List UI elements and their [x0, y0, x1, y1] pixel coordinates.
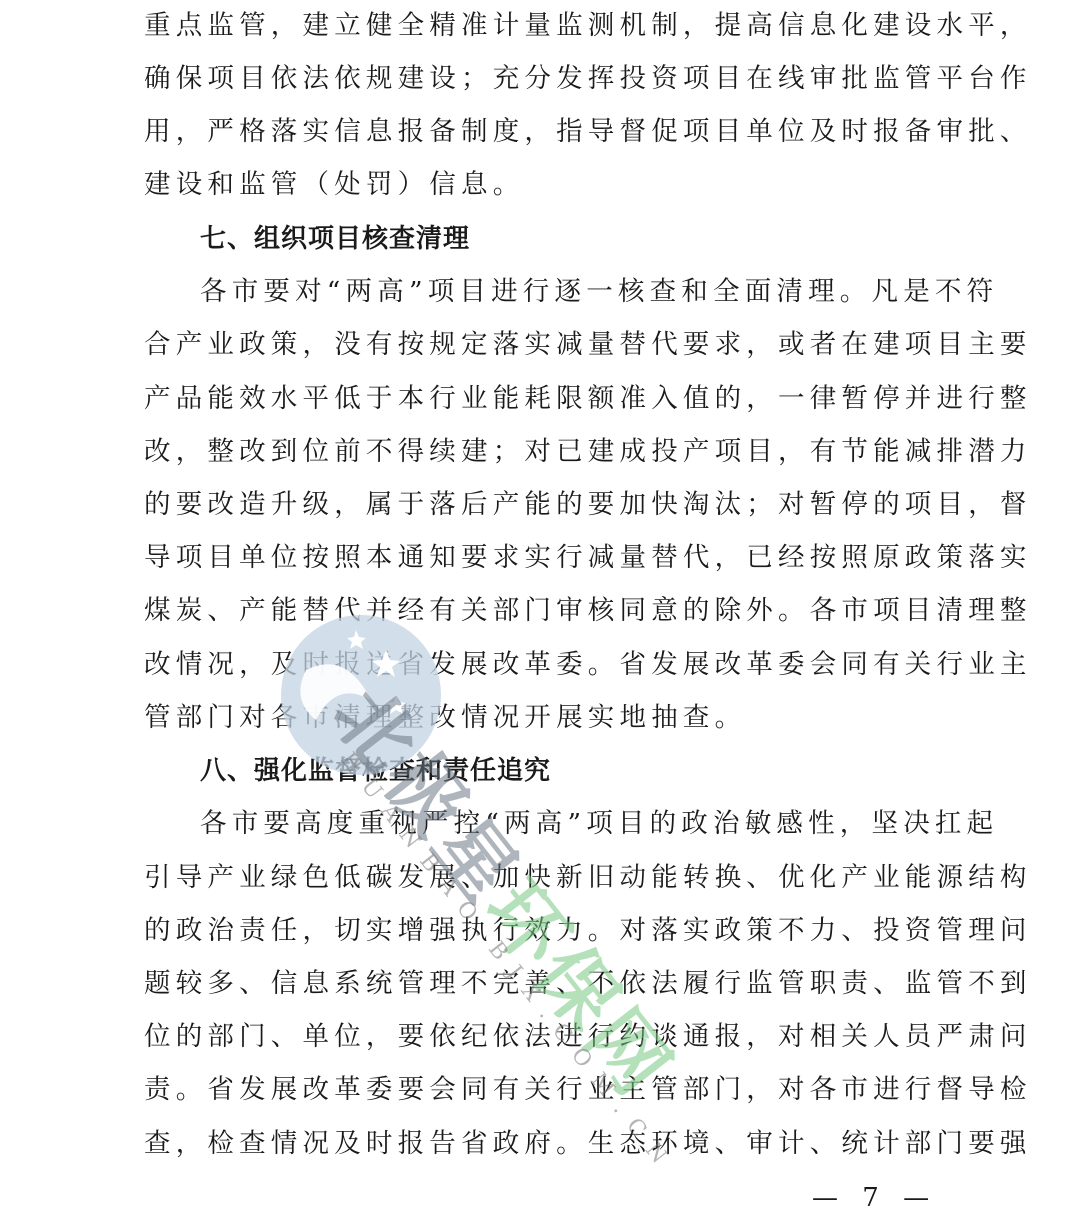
section-heading: 八、强化监督检查和责任追究	[200, 751, 551, 791]
body-line: 导项目单位按照本通知要求实行减量替代，已经按照原政策落实	[144, 538, 940, 578]
body-line: 查，检查情况及时报告省政府。生态环境、审计、统计部门要强	[144, 1124, 940, 1164]
body-line: 合产业政策，没有按规定落实减量替代要求，或者在建项目主要	[144, 325, 940, 365]
body-line: 题较多、信息系统管理不完善、不依法履行监管职责、监管不到	[144, 964, 940, 1004]
document-page: 重点监管，建立健全精准计量监测机制，提高信息化建设水平， 确保项目依法依规建设；…	[0, 0, 1080, 1227]
body-line: 改情况，及时报送省发展改革委。省发展改革委会同有关行业主	[144, 645, 940, 685]
body-line: 重点监管，建立健全精准计量监测机制，提高信息化建设水平，	[144, 6, 940, 46]
section-heading: 七、组织项目核查清理	[200, 219, 470, 259]
body-line: 管部门对各市清理整改情况开展实地抽查。	[144, 698, 940, 738]
body-line: 的要改造升级，属于落后产能的要加快淘汰；对暂停的项目，督	[144, 485, 940, 525]
body-line: 位的部门、单位，要依纪依法进行约谈通报，对相关人员严肃问	[144, 1017, 940, 1057]
body-line: 建设和监管（处罚）信息。	[144, 165, 940, 205]
body-line: 煤炭、产能替代并经有关部门审核同意的除外。各市项目清理整	[144, 591, 940, 631]
body-line: 改，整改到位前不得续建；对已建成投产项目，有节能减排潜力	[144, 432, 940, 472]
body-line: 责。省发展改革委要会同有关行业主管部门，对各市进行督导检	[144, 1070, 940, 1110]
body-line: 的政治责任，切实增强执行效力。对落实政策不力、投资管理问	[144, 911, 940, 951]
body-line: 确保项目依法依规建设；充分发挥投资项目在线审批监管平台作	[144, 59, 940, 99]
body-line: 用，严格落实信息报备制度，指导督促项目单位及时报备审批、	[144, 112, 940, 152]
body-line: 产品能效水平低于本行业能耗限额准入值的，一律暂停并进行整	[144, 379, 940, 419]
body-line: 引导产业绿色低碳发展、加快新旧动能转换、优化产业能源结构	[144, 858, 940, 898]
body-line: 各市要高度重视严控“两高”项目的政治敏感性，坚决扛起	[200, 804, 940, 844]
page-number: — 7 —	[812, 1180, 937, 1216]
body-line: 各市要对“两高”项目进行逐一核查和全面清理。凡是不符	[200, 272, 940, 312]
